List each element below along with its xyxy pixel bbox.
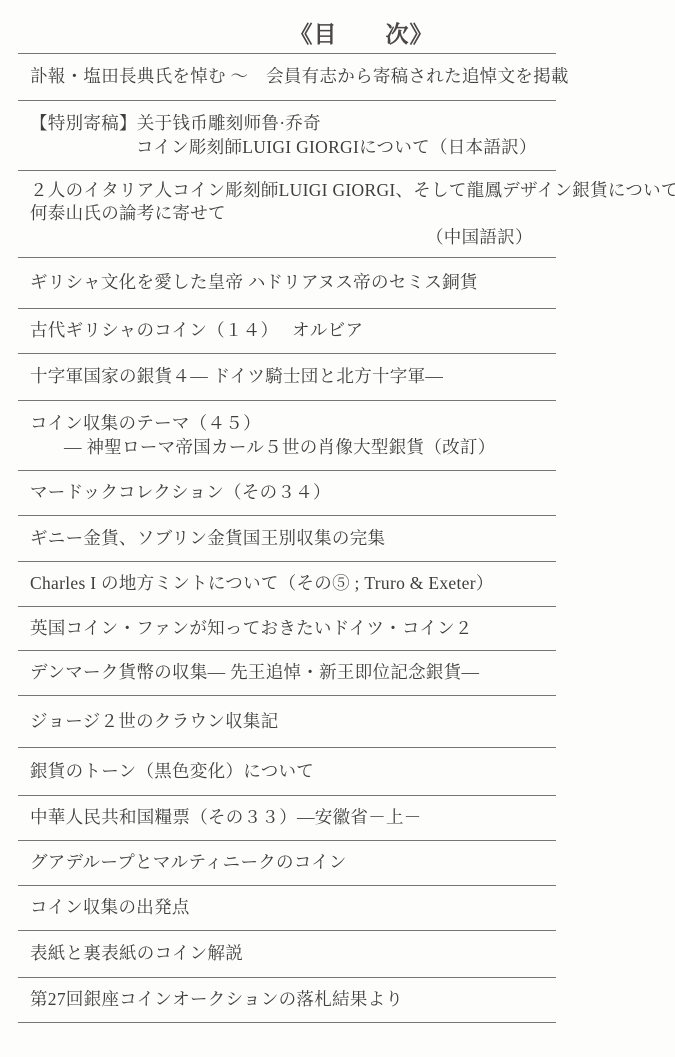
toc-item-line: コイン収集のテーマ（４５）: [30, 412, 556, 436]
toc-item-line: 表紙と裏表紙のコイン解説: [30, 942, 556, 966]
toc-item-line: コイン彫刻師LUIGI GIORGIについて（日本語訳）: [136, 136, 556, 160]
toc-item-line: コイン収集の出発点: [30, 896, 556, 920]
toc-item: 十字軍国家の銀貨４― ドイツ騎士団と北方十字軍―: [18, 353, 556, 400]
toc-item-line: 【特別寄稿】关于钱币雕刻师鲁·乔奇: [30, 112, 556, 136]
page-title: 《目 次》: [0, 16, 675, 49]
toc-item-line: 英国コイン・ファンが知っておきたいドイツ・コイン２: [30, 617, 556, 641]
toc-item: マードックコレクション（その３４）: [18, 470, 556, 515]
toc-item: 【特別寄稿】关于钱币雕刻师鲁·乔奇 コイン彫刻師LUIGI GIORGIについて…: [18, 100, 556, 170]
toc-item-line: ギニー金貨、ソブリン金貨国王別収集の完集: [30, 527, 556, 551]
toc-item: 中華人民共和国糧票（その３３）―安徽省－上－: [18, 795, 556, 840]
toc-item-line: ２人のイタリア人コイン彫刻師LUIGI GIORGI、そして龍鳳デザイン銀貨につ…: [30, 179, 556, 203]
table-of-contents: 訃報・塩田長典氏を悼む ～ 会員有志から寄稿された追悼文を掲載 【特別寄稿】关于…: [18, 53, 556, 1023]
toc-item: 古代ギリシャのコイン（１４） オルビア: [18, 308, 556, 353]
toc-item: 英国コイン・ファンが知っておきたいドイツ・コイン２: [18, 606, 556, 650]
toc-item-line: Charles I の地方ミントについて（その⑤ ; Truro & Exete…: [30, 572, 556, 596]
toc-item: コイン収集の出発点: [18, 885, 556, 930]
toc-item: ２人のイタリア人コイン彫刻師LUIGI GIORGI、そして龍鳳デザイン銀貨につ…: [18, 170, 556, 257]
toc-item-line: 何泰山氏の論考に寄せて: [30, 202, 556, 226]
scanned-toc-page: { "document": { "title": "《目 次》", "items…: [0, 0, 675, 1057]
toc-item-line: 十字軍国家の銀貨４― ドイツ騎士団と北方十字軍―: [30, 365, 556, 389]
toc-item-line: デンマーク貨幣の収集― 先王追悼・新王即位記念銀貨―: [30, 661, 556, 685]
toc-item-line: 銀貨のトーン（黒色変化）について: [30, 760, 556, 784]
toc-item-line: 訃報・塩田長典氏を悼む ～ 会員有志から寄稿された追悼文を掲載: [30, 65, 556, 89]
toc-item: ジョージ２世のクラウン収集記: [18, 695, 556, 747]
toc-item: ギリシャ文化を愛した皇帝 ハドリアヌス帝のセミス銅貨: [18, 257, 556, 308]
toc-item-line: 第27回銀座コインオークションの落札結果より: [30, 988, 556, 1012]
toc-item-line: ギリシャ文化を愛した皇帝 ハドリアヌス帝のセミス銅貨: [30, 271, 556, 295]
toc-item: 第27回銀座コインオークションの落札結果より: [18, 977, 556, 1022]
toc-item-line: グアデループとマルティニークのコイン: [30, 851, 556, 875]
toc-item: 銀貨のトーン（黒色変化）について: [18, 747, 556, 795]
toc-item-line: 古代ギリシャのコイン（１４） オルビア: [30, 319, 556, 343]
toc-item-line: （中国語訳）: [426, 226, 556, 250]
toc-item: 訃報・塩田長典氏を悼む ～ 会員有志から寄稿された追悼文を掲載: [18, 53, 556, 100]
toc-item: コイン収集のテーマ（４５） ― 神聖ローマ帝国カール５世の肖像大型銀貨（改訂）: [18, 400, 556, 470]
toc-item: ギニー金貨、ソブリン金貨国王別収集の完集: [18, 515, 556, 561]
toc-item-line: マードックコレクション（その３４）: [30, 481, 556, 505]
toc-item: グアデループとマルティニークのコイン: [18, 840, 556, 885]
toc-item-line: ジョージ２世のクラウン収集記: [30, 710, 556, 734]
toc-item-line: ― 神聖ローマ帝国カール５世の肖像大型銀貨（改訂）: [64, 436, 556, 460]
toc-item: Charles I の地方ミントについて（その⑤ ; Truro & Exete…: [18, 561, 556, 606]
toc-item: デンマーク貨幣の収集― 先王追悼・新王即位記念銀貨―: [18, 650, 556, 695]
toc-item-line: 中華人民共和国糧票（その３３）―安徽省－上－: [30, 806, 556, 830]
toc-item: 表紙と裏表紙のコイン解説: [18, 930, 556, 977]
